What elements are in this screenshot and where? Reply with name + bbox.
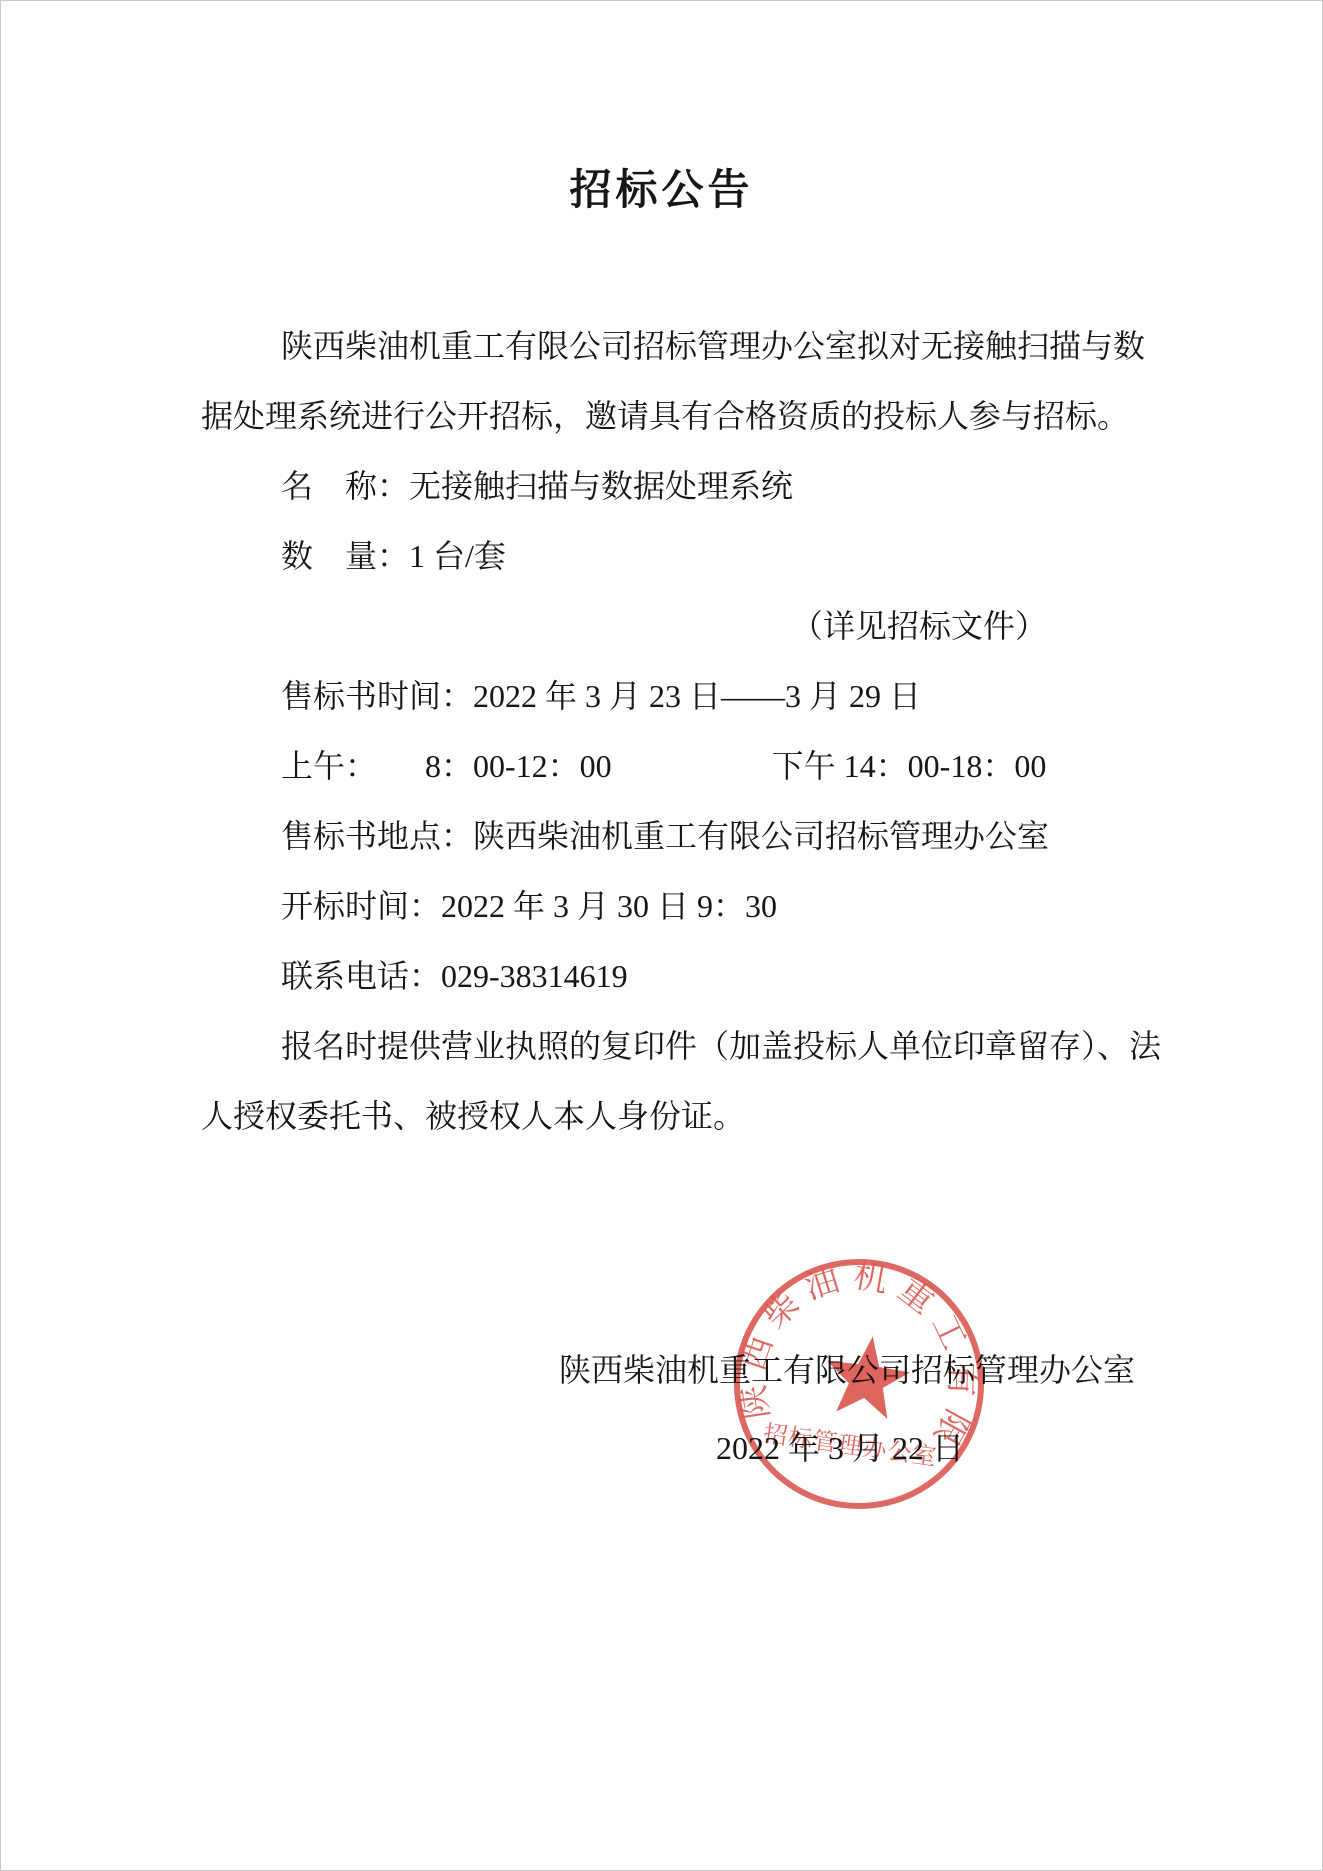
body-line: 报名时提供营业执照的复印件（加盖投标人单位印章留存）、法 <box>201 1011 1146 1081</box>
official-seal-stamp: 陕西柴油机重工有限公司 招标管理办公室 <box>727 1252 991 1516</box>
body-line-opening-time: 开标时间：2022 年 3 月 30 日 9：30 <box>201 871 1146 941</box>
stamp-center-text: 招标管理办公室 <box>762 1420 939 1471</box>
body-line: 人授权委托书、被授权人本人身份证。 <box>201 1081 1146 1151</box>
body-line: 据处理系统进行公开招标，邀请具有合格资质的投标人参与招标。 <box>201 381 1146 451</box>
body-line: 陕西柴油机重工有限公司招标管理办公室拟对无接触扫描与数 <box>201 311 1146 381</box>
body-line-sale-place: 售标书地点：陕西柴油机重工有限公司招标管理办公室 <box>201 801 1146 871</box>
document-page: 招标公告 陕西柴油机重工有限公司招标管理办公室拟对无接触扫描与数 据处理系统进行… <box>0 0 1323 1871</box>
body-line-sale-time: 售标书时间：2022 年 3 月 23 日——3 月 29 日 <box>201 661 1146 731</box>
body-line-phone: 联系电话：029-38314619 <box>201 941 1146 1011</box>
stamp-star <box>820 1331 914 1421</box>
body-line-item-name: 名 称：无接触扫描与数据处理系统 <box>201 451 1146 521</box>
document-body: 陕西柴油机重工有限公司招标管理办公室拟对无接触扫描与数 据处理系统进行公开招标，… <box>201 311 1146 1151</box>
body-line-see-tender-docs: （详见招标文件） <box>201 591 1146 661</box>
body-line-quantity: 数 量：1 台/套 <box>201 521 1146 591</box>
body-line-hours: 上午： 8：00-12：00 下午 14：00-18：00 <box>201 731 1146 801</box>
page-title: 招标公告 <box>1 161 1322 221</box>
